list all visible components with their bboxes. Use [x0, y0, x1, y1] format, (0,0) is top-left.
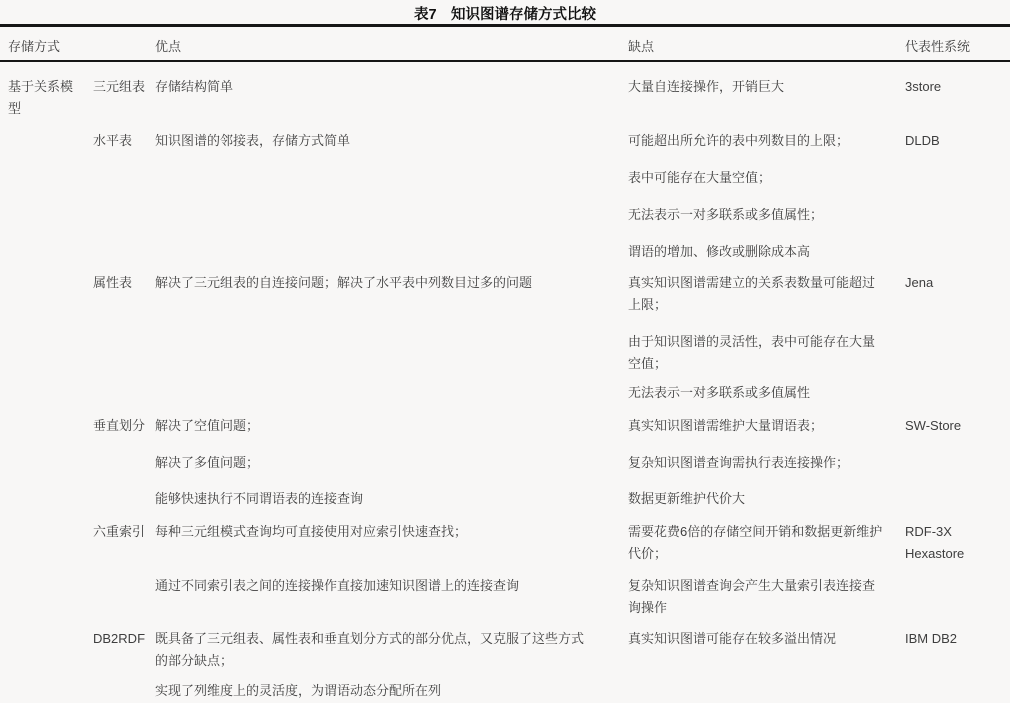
- header-rule: [0, 60, 1010, 62]
- storage-method-name: DB2RDF: [93, 628, 151, 650]
- disadvantage-item: 表中可能存在大量空值；: [628, 167, 886, 189]
- system-name: DLDB: [905, 130, 1000, 152]
- storage-method-name: 垂直划分: [93, 415, 151, 437]
- advantage-item: 解决了多值问题；: [155, 452, 590, 474]
- disadvantage-item: 需要花费6倍的存储空间开销和数据更新维护代价；: [628, 521, 886, 564]
- disadvantage-item: 复杂知识图谱查询需执行表连接操作；: [628, 452, 886, 474]
- storage-method-name: 六重索引: [93, 521, 151, 543]
- storage-method-name: 水平表: [93, 130, 151, 152]
- col-header-pros: 优点: [155, 36, 181, 58]
- col-header-systems: 代表性系统: [905, 36, 970, 58]
- advantage-item: 每种三元组模式查询均可直接使用对应索引快速查找；: [155, 521, 590, 543]
- system-name: Jena: [905, 272, 1000, 294]
- paper-table-figure: 表7 知识图谱存储方式比较 存储方式 优点 缺点 代表性系统 基于关系模型 三元…: [0, 0, 1010, 703]
- col-header-storage: 存储方式: [8, 36, 60, 58]
- system-name: RDF-3X Hexastore: [905, 521, 985, 564]
- disadvantage-item: 真实知识图谱需建立的关系表数量可能超过上限；: [628, 272, 886, 315]
- advantage-item: 知识图谱的邻接表，存储方式简单: [155, 130, 590, 152]
- advantage-item: 存储结构简单: [155, 76, 590, 98]
- system-name: SW-Store: [905, 415, 1000, 437]
- disadvantage-item: 真实知识图谱可能存在较多溢出情况: [628, 628, 886, 650]
- storage-category: 基于关系模型: [8, 76, 78, 119]
- advantage-item: 实现了列维度上的灵活度，为谓语动态分配所在列: [155, 680, 590, 702]
- disadvantage-item: 谓语的增加、修改或删除成本高: [628, 241, 886, 263]
- caption-rule: [0, 24, 1010, 27]
- storage-method-name: 属性表: [93, 272, 151, 294]
- disadvantage-item: 真实知识图谱需维护大量谓语表；: [628, 415, 886, 437]
- disadvantage-item: 可能超出所允许的表中列数目的上限；: [628, 130, 886, 152]
- system-name: IBM DB2: [905, 628, 1000, 650]
- system-name: 3store: [905, 76, 1000, 98]
- disadvantage-item: 由于知识图谱的灵活性，表中可能存在大量空值；: [628, 331, 886, 374]
- disadvantage-item: 复杂知识图谱查询会产生大量索引表连接查询操作: [628, 575, 886, 618]
- disadvantage-item: 无法表示一对多联系或多值属性；: [628, 204, 886, 226]
- storage-method-name: 三元组表: [93, 76, 151, 98]
- advantage-item: 解决了空值问题；: [155, 415, 590, 437]
- disadvantage-item: 无法表示一对多联系或多值属性: [628, 382, 886, 404]
- table-title: 表7 知识图谱存储方式比较: [0, 3, 1010, 24]
- disadvantage-item: 大量自连接操作，开销巨大: [628, 76, 886, 98]
- col-header-cons: 缺点: [628, 36, 654, 58]
- advantage-item: 既具备了三元组表、属性表和垂直划分方式的部分优点，又克服了这些方式的部分缺点；: [155, 628, 590, 671]
- advantage-item: 通过不同索引表之间的连接操作直接加速知识图谱上的连接查询: [155, 575, 590, 597]
- advantage-item: 能够快速执行不同谓语表的连接查询: [155, 488, 590, 510]
- disadvantage-item: 数据更新维护代价大: [628, 488, 886, 510]
- advantage-item: 解决了三元组表的自连接问题；解决了水平表中列数目过多的问题: [155, 272, 590, 294]
